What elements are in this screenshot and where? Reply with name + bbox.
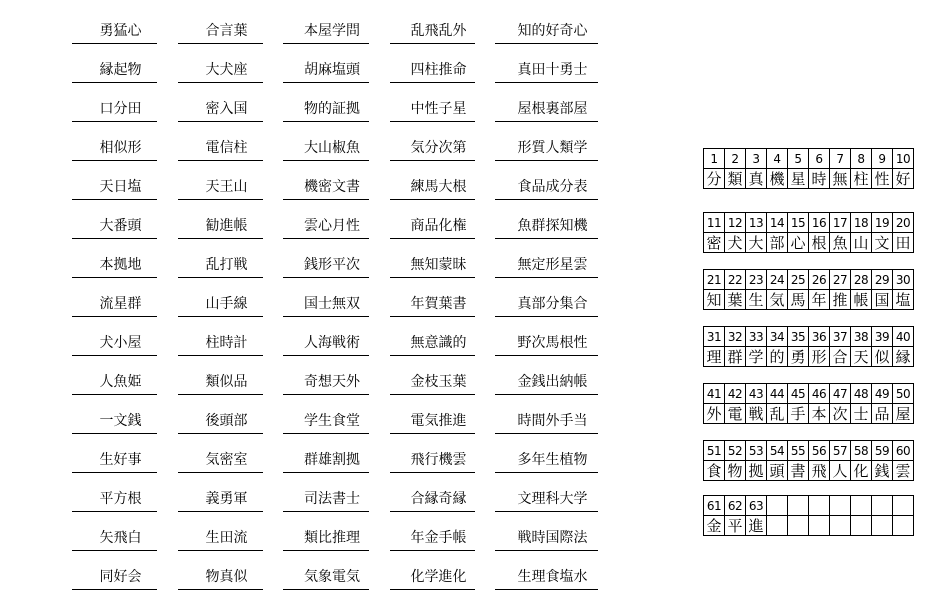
kanji-char: 真: [746, 169, 767, 189]
kanji-char: 銭: [872, 461, 893, 481]
word-text: 年賀葉書: [411, 296, 467, 312]
word-entry: 人魚姫: [72, 372, 157, 395]
kanji-number: 11: [704, 213, 725, 233]
word-entry: 金銭出納帳: [495, 372, 598, 395]
kanji-number: 52: [725, 441, 746, 461]
word-text: 機密文書: [304, 179, 360, 195]
kanji-char: 密: [704, 233, 725, 253]
kanji-table: 21222324252627282930知葉生気馬年推帳国塩: [703, 269, 914, 310]
kanji-char: [872, 516, 893, 536]
word-entry: 戦時国際法: [495, 528, 598, 551]
kanji-char: 平: [725, 516, 746, 536]
word-entry: 平方根: [72, 489, 157, 512]
kanji-char: 馬: [788, 290, 809, 310]
kanji-number: 13: [746, 213, 767, 233]
word-entry: 本拠地: [72, 255, 157, 278]
word-entry: 学生食堂: [283, 411, 369, 434]
word-text: 多年生植物: [518, 452, 588, 468]
kanji-number: 29: [872, 270, 893, 290]
kanji-char: 本: [809, 404, 830, 424]
kanji-number: 45: [788, 384, 809, 404]
word-entry: 司法書士: [283, 489, 369, 512]
kanji-char: 魚: [830, 233, 851, 253]
kanji-char: 生: [746, 290, 767, 310]
word-text: 文理科大学: [518, 491, 588, 507]
kanji-number: 7: [830, 149, 851, 169]
kanji-number: 26: [809, 270, 830, 290]
kanji-char: 的: [767, 347, 788, 367]
kanji-number: 2: [725, 149, 746, 169]
word-entry: 奇想天外: [283, 372, 369, 395]
kanji-char: 勇: [788, 347, 809, 367]
word-text: 平方根: [100, 491, 142, 507]
kanji-number: 17: [830, 213, 851, 233]
kanji-number: 1: [704, 149, 725, 169]
word-entry: 類似品: [178, 372, 263, 395]
word-text: 生理食塩水: [518, 569, 588, 585]
kanji-char: 品: [872, 404, 893, 424]
kanji-number: 16: [809, 213, 830, 233]
kanji-char: [830, 516, 851, 536]
word-text: 天王山: [206, 179, 248, 195]
kanji-char: 頭: [767, 461, 788, 481]
kanji-char: 金: [704, 516, 725, 536]
kanji-char: 好: [893, 169, 914, 189]
word-text: 後頭部: [206, 413, 248, 429]
kanji-char: 類: [725, 169, 746, 189]
word-entry: 群雄割拠: [283, 450, 369, 473]
kanji-number: 41: [704, 384, 725, 404]
kanji-char: 雲: [893, 461, 914, 481]
word-text: 人海戦術: [304, 335, 360, 351]
kanji-char: 推: [830, 290, 851, 310]
kanji-table: 41424344454647484950外電戦乱手本次士品屋: [703, 383, 914, 424]
word-text: 四柱推命: [411, 62, 467, 78]
kanji-char: 機: [767, 169, 788, 189]
kanji-number: 14: [767, 213, 788, 233]
kanji-number: 4: [767, 149, 788, 169]
word-text: 魚群探知機: [518, 218, 588, 234]
kanji-char: 外: [704, 404, 725, 424]
word-text: 合縁奇縁: [411, 491, 467, 507]
word-entry: 勧進帳: [178, 216, 263, 239]
word-text: 飛行機雲: [411, 452, 467, 468]
word-entry: 国士無双: [283, 294, 369, 317]
word-text: 銭形平次: [304, 257, 360, 273]
kanji-number: 39: [872, 327, 893, 347]
kanji-number: 33: [746, 327, 767, 347]
kanji-number: 40: [893, 327, 914, 347]
word-entry: 大山椒魚: [283, 138, 369, 161]
kanji-number: 62: [725, 496, 746, 516]
kanji-char: 食: [704, 461, 725, 481]
word-text: 人魚姫: [100, 374, 142, 390]
kanji-number: 8: [851, 149, 872, 169]
word-entry: 生理食塩水: [495, 567, 598, 590]
word-text: 物的証拠: [304, 101, 360, 117]
kanji-char: 飛: [809, 461, 830, 481]
word-entry: 気象電気: [283, 567, 369, 590]
word-text: 乱打戦: [206, 257, 248, 273]
word-text: 本拠地: [100, 257, 142, 273]
word-entry: 魚群探知機: [495, 216, 598, 239]
word-entry: 年賀葉書: [390, 294, 475, 317]
kanji-char: 電: [725, 404, 746, 424]
word-text: 化学進化: [411, 569, 467, 585]
word-entry: 本屋学問: [283, 21, 369, 44]
kanji-number: 54: [767, 441, 788, 461]
word-entry: 縁起物: [72, 60, 157, 83]
kanji-number: 57: [830, 441, 851, 461]
word-entry: 形質人類学: [495, 138, 598, 161]
word-entry: 真田十勇士: [495, 60, 598, 83]
word-entry: 天日塩: [72, 177, 157, 200]
kanji-number: 36: [809, 327, 830, 347]
word-text: 野次馬根性: [518, 335, 588, 351]
word-entry: 化学進化: [390, 567, 475, 590]
word-entry: 乱打戦: [178, 255, 263, 278]
word-entry: 物的証拠: [283, 99, 369, 122]
word-text: 矢飛白: [100, 530, 142, 546]
kanji-char: 性: [872, 169, 893, 189]
word-entry: 無意識的: [390, 333, 475, 356]
kanji-char: 書: [788, 461, 809, 481]
word-entry: 密入国: [178, 99, 263, 122]
word-entry: 中性子星: [390, 99, 475, 122]
word-text: 金枝玉葉: [411, 374, 467, 390]
word-text: 大犬座: [206, 62, 248, 78]
word-text: 電気推進: [411, 413, 467, 429]
word-entry: 電気推進: [390, 411, 475, 434]
word-text: 気分次第: [411, 140, 467, 156]
kanji-table: 12345678910分類真機星時無柱性好: [703, 148, 914, 189]
word-text: 無定形星雲: [518, 257, 588, 273]
word-entry: 相似形: [72, 138, 157, 161]
kanji-number: 34: [767, 327, 788, 347]
word-text: 屋根裏部屋: [518, 101, 588, 117]
kanji-char: 屋: [893, 404, 914, 424]
kanji-number: 12: [725, 213, 746, 233]
word-text: 密入国: [206, 101, 248, 117]
kanji-char: 柱: [851, 169, 872, 189]
word-text: 電信柱: [206, 140, 248, 156]
word-text: 無意識的: [411, 335, 467, 351]
word-entry: 胡麻塩頭: [283, 60, 369, 83]
kanji-char: 葉: [725, 290, 746, 310]
kanji-char: 似: [872, 347, 893, 367]
kanji-number: 22: [725, 270, 746, 290]
word-text: 群雄割拠: [304, 452, 360, 468]
kanji-number: 50: [893, 384, 914, 404]
kanji-char: 無: [830, 169, 851, 189]
word-text: 生田流: [206, 530, 248, 546]
word-text: 乱飛乱外: [411, 23, 467, 39]
word-text: 義勇軍: [206, 491, 248, 507]
word-entry: 機密文書: [283, 177, 369, 200]
word-text: 国士無双: [304, 296, 360, 312]
word-text: 胡麻塩頭: [304, 62, 360, 78]
word-entry: 雲心月性: [283, 216, 369, 239]
word-text: 天日塩: [100, 179, 142, 195]
word-entry: 類比推理: [283, 528, 369, 551]
word-entry: 一文銭: [72, 411, 157, 434]
kanji-number: 18: [851, 213, 872, 233]
kanji-number: [809, 496, 830, 516]
word-text: 一文銭: [100, 413, 142, 429]
word-text: 金銭出納帳: [518, 374, 588, 390]
word-text: 食品成分表: [518, 179, 588, 195]
word-text: 気密室: [206, 452, 248, 468]
word-text: 勧進帳: [206, 218, 248, 234]
kanji-number: [893, 496, 914, 516]
word-entry: 気密室: [178, 450, 263, 473]
kanji-char: 根: [809, 233, 830, 253]
kanji-char: [788, 516, 809, 536]
word-entry: 口分田: [72, 99, 157, 122]
kanji-number: 3: [746, 149, 767, 169]
kanji-char: 年: [809, 290, 830, 310]
word-text: 類似品: [206, 374, 248, 390]
word-text: 流星群: [100, 296, 142, 312]
kanji-number: 61: [704, 496, 725, 516]
word-entry: 流星群: [72, 294, 157, 317]
kanji-number: [851, 496, 872, 516]
kanji-number: 24: [767, 270, 788, 290]
word-entry: 合言葉: [178, 21, 263, 44]
kanji-number: [788, 496, 809, 516]
kanji-char: 人: [830, 461, 851, 481]
word-text: 司法書士: [304, 491, 360, 507]
kanji-number: 25: [788, 270, 809, 290]
word-entry: 真部分集合: [495, 294, 598, 317]
kanji-number: 43: [746, 384, 767, 404]
kanji-char: 気: [767, 290, 788, 310]
word-entry: 大番頭: [72, 216, 157, 239]
kanji-table: 616263金平進: [703, 495, 914, 536]
kanji-char: 文: [872, 233, 893, 253]
kanji-number: 27: [830, 270, 851, 290]
kanji-char: [767, 516, 788, 536]
word-text: 同好会: [100, 569, 142, 585]
kanji-char: 士: [851, 404, 872, 424]
kanji-table: 11121314151617181920密犬大部心根魚山文田: [703, 212, 914, 253]
kanji-char: 進: [746, 516, 767, 536]
kanji-number: 38: [851, 327, 872, 347]
kanji-number: [830, 496, 851, 516]
word-text: 縁起物: [100, 62, 142, 78]
word-entry: 矢飛白: [72, 528, 157, 551]
kanji-char: 合: [830, 347, 851, 367]
kanji-char: 物: [725, 461, 746, 481]
word-text: 気象電気: [304, 569, 360, 585]
word-entry: 気分次第: [390, 138, 475, 161]
kanji-char: 田: [893, 233, 914, 253]
word-entry: 商品化権: [390, 216, 475, 239]
word-entry: 後頭部: [178, 411, 263, 434]
word-entry: 義勇軍: [178, 489, 263, 512]
word-entry: 天王山: [178, 177, 263, 200]
kanji-char: 時: [809, 169, 830, 189]
word-entry: 人海戦術: [283, 333, 369, 356]
kanji-char: 知: [704, 290, 725, 310]
kanji-number: 56: [809, 441, 830, 461]
kanji-number: 42: [725, 384, 746, 404]
word-entry: 銭形平次: [283, 255, 369, 278]
word-entry: 食品成分表: [495, 177, 598, 200]
kanji-number: [872, 496, 893, 516]
word-text: 無知蒙昧: [411, 257, 467, 273]
kanji-table: 31323334353637383940理群学的勇形合天似縁: [703, 326, 914, 367]
kanji-number: 28: [851, 270, 872, 290]
kanji-number: 10: [893, 149, 914, 169]
kanji-number: 21: [704, 270, 725, 290]
kanji-number: 5: [788, 149, 809, 169]
kanji-number: 51: [704, 441, 725, 461]
word-entry: 練馬大根: [390, 177, 475, 200]
kanji-number: 30: [893, 270, 914, 290]
kanji-number: 15: [788, 213, 809, 233]
word-entry: 犬小屋: [72, 333, 157, 356]
kanji-number: 58: [851, 441, 872, 461]
kanji-char: 乱: [767, 404, 788, 424]
kanji-number: 31: [704, 327, 725, 347]
word-entry: 金枝玉葉: [390, 372, 475, 395]
kanji-number: 46: [809, 384, 830, 404]
kanji-number: 32: [725, 327, 746, 347]
kanji-char: 国: [872, 290, 893, 310]
word-entry: 無定形星雲: [495, 255, 598, 278]
kanji-char: 星: [788, 169, 809, 189]
kanji-char: [809, 516, 830, 536]
word-text: 時間外手当: [518, 413, 588, 429]
kanji-char: 化: [851, 461, 872, 481]
kanji-table: 51525354555657585960食物拠頭書飛人化銭雲: [703, 440, 914, 481]
kanji-char: 拠: [746, 461, 767, 481]
kanji-char: 手: [788, 404, 809, 424]
kanji-char: 群: [725, 347, 746, 367]
word-text: 中性子星: [411, 101, 467, 117]
word-text: 勇猛心: [100, 23, 142, 39]
word-text: 本屋学問: [304, 23, 360, 39]
word-text: 大山椒魚: [304, 140, 360, 156]
word-entry: 多年生植物: [495, 450, 598, 473]
word-text: 練馬大根: [411, 179, 467, 195]
word-entry: 柱時計: [178, 333, 263, 356]
word-entry: 同好会: [72, 567, 157, 590]
word-text: 生好事: [100, 452, 142, 468]
word-text: 年金手帳: [411, 530, 467, 546]
kanji-number: 37: [830, 327, 851, 347]
kanji-number: 44: [767, 384, 788, 404]
word-text: 合言葉: [206, 23, 248, 39]
kanji-char: [893, 516, 914, 536]
word-entry: 四柱推命: [390, 60, 475, 83]
word-text: 雲心月性: [304, 218, 360, 234]
kanji-char: 戦: [746, 404, 767, 424]
word-text: 相似形: [100, 140, 142, 156]
kanji-char: 大: [746, 233, 767, 253]
word-entry: 乱飛乱外: [390, 21, 475, 44]
word-entry: 勇猛心: [72, 21, 157, 44]
word-entry: 山手線: [178, 294, 263, 317]
word-text: 知的好奇心: [518, 23, 588, 39]
word-entry: 電信柱: [178, 138, 263, 161]
kanji-number: 59: [872, 441, 893, 461]
word-entry: 飛行機雲: [390, 450, 475, 473]
word-text: 大番頭: [100, 218, 142, 234]
kanji-char: 帳: [851, 290, 872, 310]
kanji-char: 形: [809, 347, 830, 367]
word-text: 犬小屋: [100, 335, 142, 351]
word-entry: 知的好奇心: [495, 21, 598, 44]
word-text: 形質人類学: [518, 140, 588, 156]
word-entry: 野次馬根性: [495, 333, 598, 356]
kanji-number: 55: [788, 441, 809, 461]
kanji-char: 塩: [893, 290, 914, 310]
kanji-char: 次: [830, 404, 851, 424]
kanji-char: 天: [851, 347, 872, 367]
word-entry: 文理科大学: [495, 489, 598, 512]
kanji-char: 分: [704, 169, 725, 189]
kanji-number: 47: [830, 384, 851, 404]
word-entry: 年金手帳: [390, 528, 475, 551]
word-entry: 物真似: [178, 567, 263, 590]
word-text: 奇想天外: [304, 374, 360, 390]
kanji-number: 6: [809, 149, 830, 169]
word-text: 柱時計: [206, 335, 248, 351]
word-entry: 大犬座: [178, 60, 263, 83]
kanji-char: 理: [704, 347, 725, 367]
kanji-char: 山: [851, 233, 872, 253]
word-text: 学生食堂: [304, 413, 360, 429]
kanji-char: 学: [746, 347, 767, 367]
kanji-number: 48: [851, 384, 872, 404]
word-text: 口分田: [100, 101, 142, 117]
kanji-number: 9: [872, 149, 893, 169]
word-entry: 時間外手当: [495, 411, 598, 434]
kanji-number: 49: [872, 384, 893, 404]
kanji-char: 心: [788, 233, 809, 253]
kanji-number: 23: [746, 270, 767, 290]
word-text: 真田十勇士: [518, 62, 588, 78]
word-text: 山手線: [206, 296, 248, 312]
word-entry: 生好事: [72, 450, 157, 473]
word-text: 戦時国際法: [518, 530, 588, 546]
kanji-char: 犬: [725, 233, 746, 253]
word-entry: 生田流: [178, 528, 263, 551]
kanji-number: 19: [872, 213, 893, 233]
kanji-number: 53: [746, 441, 767, 461]
word-text: 物真似: [206, 569, 248, 585]
kanji-number: [767, 496, 788, 516]
kanji-number: 63: [746, 496, 767, 516]
word-entry: 屋根裏部屋: [495, 99, 598, 122]
kanji-char: 縁: [893, 347, 914, 367]
kanji-number: 20: [893, 213, 914, 233]
word-text: 商品化権: [411, 218, 467, 234]
word-entry: 合縁奇縁: [390, 489, 475, 512]
kanji-number: 60: [893, 441, 914, 461]
kanji-char: 部: [767, 233, 788, 253]
word-text: 真部分集合: [518, 296, 588, 312]
kanji-char: [851, 516, 872, 536]
word-text: 類比推理: [304, 530, 360, 546]
word-entry: 無知蒙昧: [390, 255, 475, 278]
kanji-number: 35: [788, 327, 809, 347]
